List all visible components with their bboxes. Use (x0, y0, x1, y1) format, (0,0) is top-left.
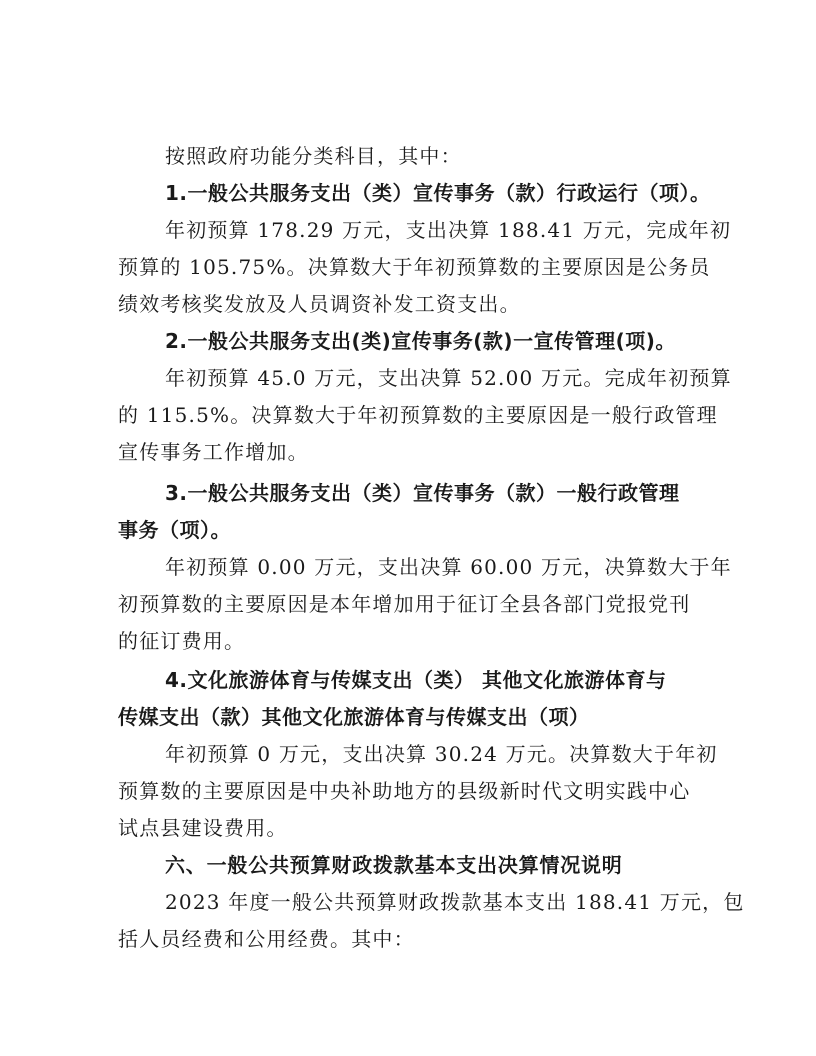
item-4-body-line-3: 试点县建设费用。 (118, 816, 288, 840)
item-2-body-line-1: 年初预算 45.0 万元，支出决算 52.00 万元。完成年初预算 (165, 366, 732, 390)
item-3-title-line-1: 3.一般公共服务支出（类）宣传事务（款）一般行政管理 (165, 481, 680, 505)
item-3-body-line-2: 初预算数的主要原因是本年增加用于征订全县各部门党报党刊 (118, 592, 690, 616)
item-2-body-line-2: 的 115.5%。决算数大于年初预算数的主要原因是一般行政管理 (118, 403, 718, 427)
item-3-body-line-1: 年初预算 0.00 万元，支出决算 60.00 万元，决算数大于年 (165, 555, 732, 579)
item-1-body-line-3: 绩效考核奖发放及人员调资补发工资支出。 (118, 292, 521, 316)
item-1-title: 1.一般公共服务支出（类）宣传事务（款）行政运行（项）。 (165, 181, 711, 205)
item-3-title-line-2: 事务（项）。 (118, 518, 231, 542)
section-body-line-2: 括人员经费和公用经费。其中： (118, 927, 415, 951)
item-4-body-line-1: 年初预算 0 万元，支出决算 30.24 万元。决算数大于年初 (165, 742, 718, 766)
intro-paragraph: 按照政府功能分类科目，其中： (165, 144, 462, 168)
item-3-body-line-3: 的征订费用。 (118, 629, 245, 653)
section-heading: 六、一般公共预算财政拨款基本支出决算情况说明 (165, 853, 623, 877)
document-page: 按照政府功能分类科目，其中： 1.一般公共服务支出（类）宣传事务（款）行政运行（… (0, 0, 816, 1056)
item-1-body-line-1: 年初预算 178.29 万元，支出决算 188.41 万元，完成年初 (165, 218, 731, 242)
item-4-title-line-1: 4.文化旅游体育与传媒支出（类） 其他文化旅游体育与 (165, 668, 666, 692)
item-2-title: 2.一般公共服务支出(类)宣传事务(款)一宣传管理(项)。 (165, 329, 676, 353)
section-body-line-1: 2023 年度一般公共预算财政拨款基本支出 188.41 万元，包 (165, 890, 745, 914)
item-4-title-line-2: 传媒支出（款）其他文化旅游体育与传媒支出（项） (118, 705, 590, 729)
item-4-body-line-2: 预算数的主要原因是中央补助地方的县级新时代文明实践中心 (118, 779, 690, 803)
item-2-body-line-3: 宣传事务工作增加。 (118, 440, 309, 464)
item-1-body-line-2: 预算的 105.75%。决算数大于年初预算数的主要原因是公务员 (118, 255, 711, 279)
